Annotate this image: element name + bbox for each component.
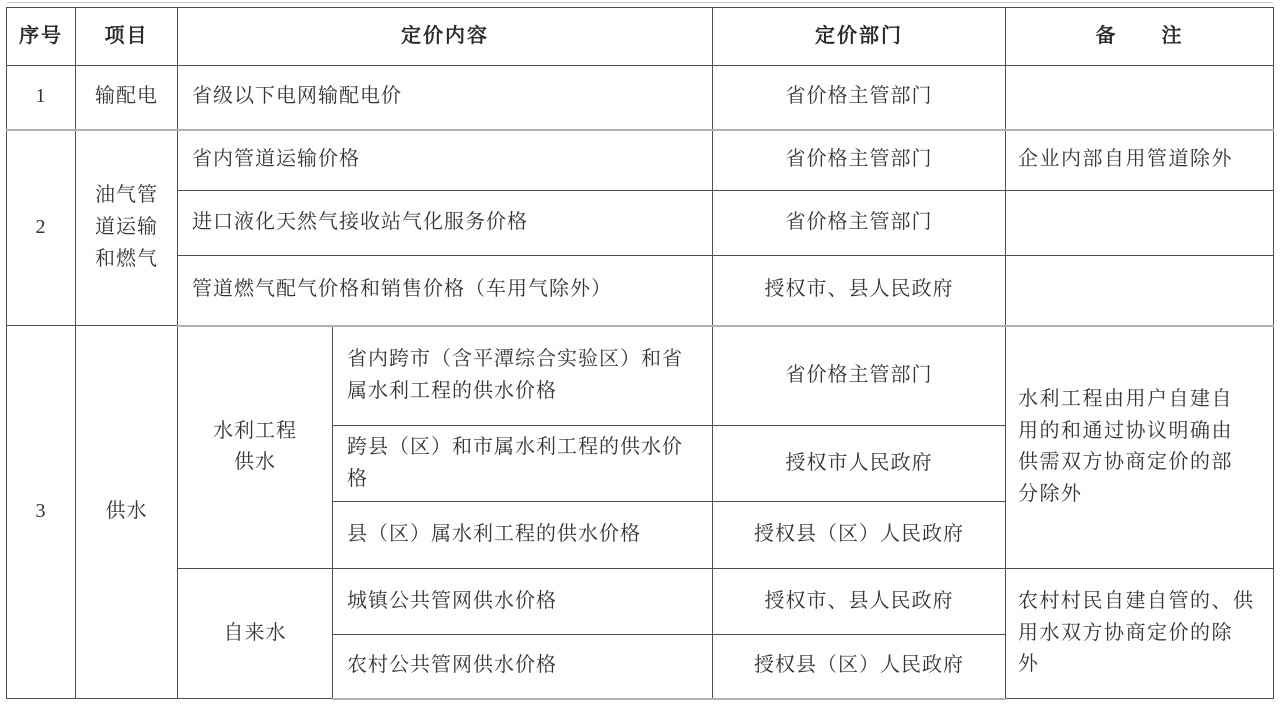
remark-cell-empty	[1006, 256, 1274, 326]
header-index: 序号	[7, 8, 76, 66]
table-row: 1 输配电 省级以下电网输配电价 省价格主管部门	[7, 66, 1274, 130]
content-cell: 省级以下电网输配电价	[178, 66, 713, 130]
content-cell: 省内跨市（含平潭综合实验区）和省 属水利工程的供水价格	[333, 326, 713, 426]
row-index: 1	[7, 66, 76, 130]
department-cell: 授权市、县人民政府	[713, 256, 1006, 326]
content-cell: 跨县（区）和市属水利工程的供水价 格	[333, 426, 713, 502]
subgroup-cell: 水利工程 供水	[178, 326, 333, 569]
table-row: 自来水 城镇公共管网供水价格 授权市、县人民政府 农村村民自建自管的、供 用水双…	[7, 569, 1274, 635]
content-cell: 管道燃气配气价格和销售价格（车用气除外）	[178, 256, 713, 326]
item-cell: 输配电	[76, 66, 178, 130]
department-cell: 省价格主管部门	[713, 130, 1006, 191]
header-content: 定价内容	[178, 8, 713, 66]
department-cell: 授权市人民政府	[713, 426, 1006, 502]
header-department: 定价部门	[713, 8, 1006, 66]
content-cell: 城镇公共管网供水价格	[333, 569, 713, 635]
item-cell: 供水	[76, 326, 178, 699]
subgroup-cell: 自来水	[178, 569, 333, 699]
row-index: 2	[7, 130, 76, 326]
department-cell: 授权县（区）人民政府	[713, 635, 1006, 699]
remark-cell: 水利工程由用户自建自 用的和通过协议明确由 供需双方协商定价的部 分除外	[1006, 326, 1274, 569]
header-remark: 备 注	[1006, 8, 1274, 66]
item-cell: 油气管 道运输 和燃气	[76, 130, 178, 326]
department-cell: 省价格主管部门	[713, 191, 1006, 256]
row-index: 3	[7, 326, 76, 699]
content-cell: 省内管道运输价格	[178, 130, 713, 191]
clipped-row-edge	[7, 2, 1273, 3]
department-cell: 授权市、县人民政府	[713, 569, 1006, 635]
remark-cell: 企业内部自用管道除外	[1006, 130, 1274, 191]
department-cell: 授权县（区）人民政府	[713, 502, 1006, 569]
document-page: 序号 项目 定价内容 定价部门 备 注 1 输配电 省级以下电网输配电价 省价格…	[0, 0, 1280, 706]
remark-cell: 农村村民自建自管的、供 用水双方协商定价的除 外	[1006, 569, 1274, 699]
table-row: 进口液化天然气接收站气化服务价格 省价格主管部门	[7, 191, 1274, 256]
header-item: 项目	[76, 8, 178, 66]
department-cell: 省价格主管部门	[713, 326, 1006, 426]
department-cell: 省价格主管部门	[713, 66, 1006, 130]
table-row: 3 供水 水利工程 供水 省内跨市（含平潭综合实验区）和省 属水利工程的供水价格…	[7, 326, 1274, 426]
remark-cell-empty	[1006, 66, 1274, 130]
content-cell: 农村公共管网供水价格	[333, 635, 713, 699]
pricing-table: 序号 项目 定价内容 定价部门 备 注 1 输配电 省级以下电网输配电价 省价格…	[6, 7, 1274, 700]
content-cell: 县（区）属水利工程的供水价格	[333, 502, 713, 569]
content-cell: 进口液化天然气接收站气化服务价格	[178, 191, 713, 256]
table-row: 管道燃气配气价格和销售价格（车用气除外） 授权市、县人民政府	[7, 256, 1274, 326]
remark-cell-empty	[1006, 191, 1274, 256]
table-header-row: 序号 项目 定价内容 定价部门 备 注	[7, 8, 1274, 66]
table-row: 2 油气管 道运输 和燃气 省内管道运输价格 省价格主管部门 企业内部自用管道除…	[7, 130, 1274, 191]
